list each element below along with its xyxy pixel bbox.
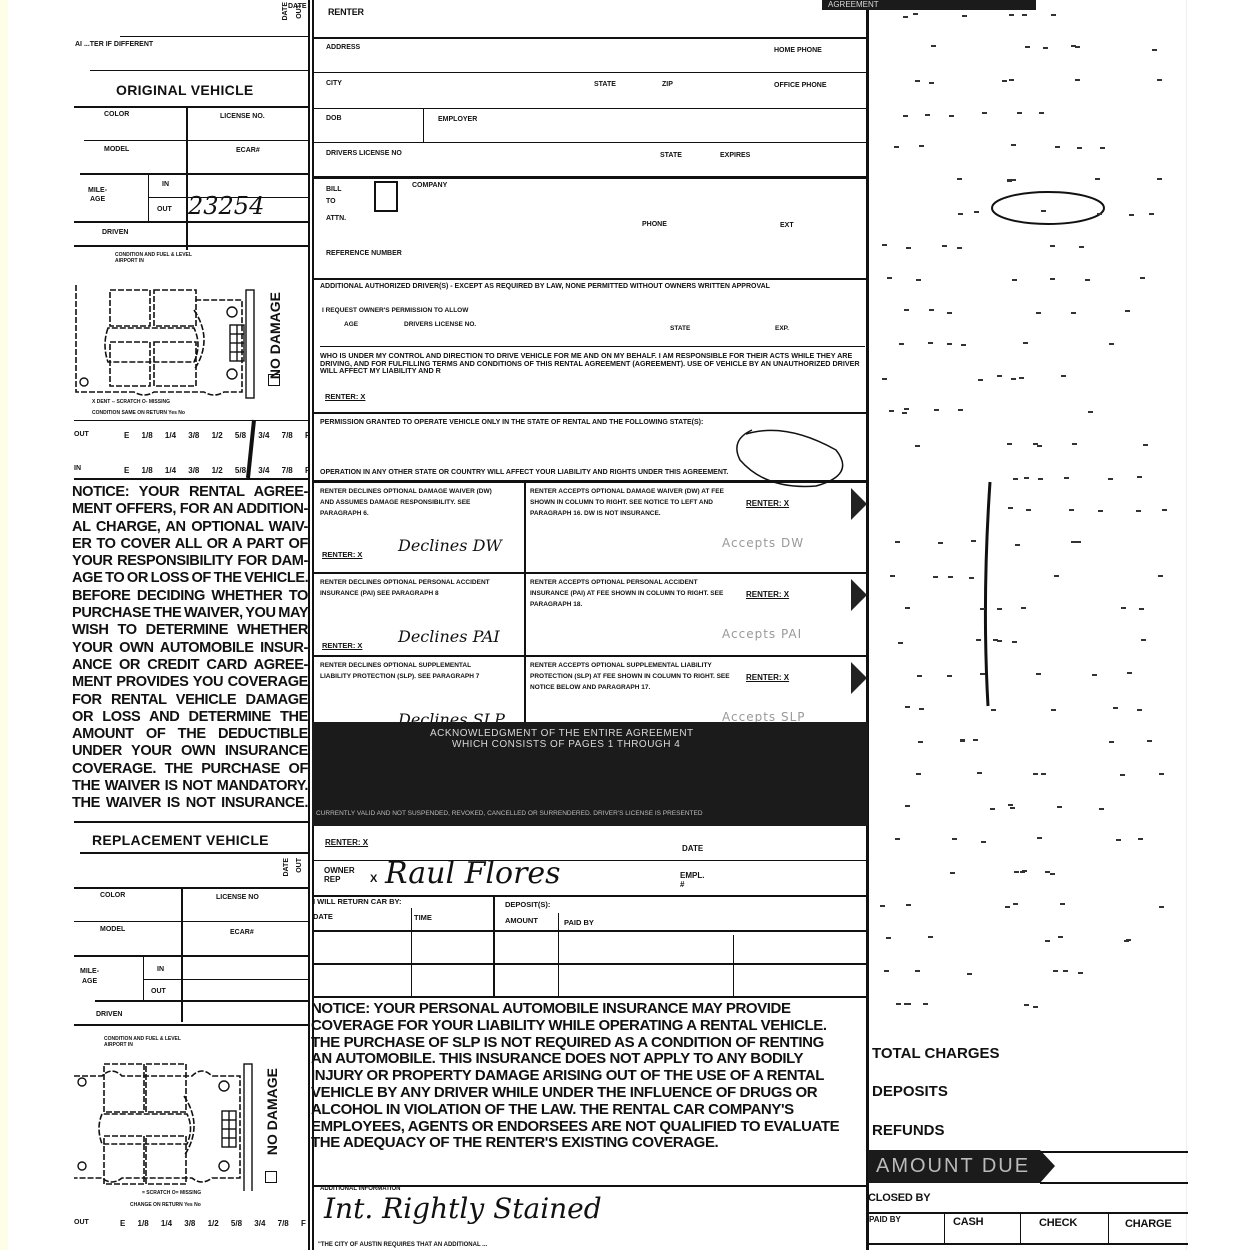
- rule: [320, 346, 865, 347]
- age-label: AGE: [344, 321, 358, 328]
- decline-signature[interactable]: Declines PAI: [398, 627, 500, 646]
- vehicle-damage-diagram[interactable]: [74, 270, 274, 405]
- scan-dot: [977, 772, 982, 774]
- scan-dot: [890, 575, 895, 577]
- acknowledgment-line1: ACKNOWLEDGMENT OF THE ENTIRE AGREEMENT: [430, 728, 694, 739]
- scan-dot: [928, 936, 933, 938]
- driven-label: DRIVEN: [96, 1011, 122, 1018]
- scan-dot: [1069, 509, 1074, 511]
- notice-line: MENT OFFERS, FOR AN ADDITION-: [72, 501, 308, 518]
- model-label: MODEL: [104, 146, 129, 153]
- notice-line: ER TO COVER ALL OR A PART OF: [72, 536, 308, 553]
- permission-warning: OPERATION IN ANY OTHER STATE OR COUNTRY …: [320, 469, 728, 476]
- scan-dot: [1137, 476, 1142, 478]
- out-label: OUT: [296, 4, 303, 19]
- notice-line: COVERAGE FOR YOUR LIABILITY WHILE OPERAT…: [311, 1018, 863, 1035]
- return-time-label: TIME: [414, 913, 432, 922]
- scan-dot: [882, 378, 887, 380]
- rule: [84, 140, 310, 141]
- rule: [868, 1212, 1188, 1214]
- scan-dot: [886, 937, 891, 939]
- notice-line: YOUR RESPONSIBILITY FOR DAM-: [72, 553, 308, 570]
- scan-dot: [1039, 112, 1044, 114]
- scan-dot: [1076, 541, 1081, 543]
- scan-dot: [1051, 14, 1056, 16]
- scan-dot: [915, 445, 920, 447]
- expires-label: EXPIRES: [720, 152, 750, 159]
- model-label: MODEL: [100, 926, 125, 933]
- scan-dot: [1058, 936, 1063, 938]
- diagram-legend: X DENT -- SCRATCH O- MISSING: [92, 399, 170, 405]
- scan-dot: [1023, 342, 1028, 344]
- scan-dot: [969, 577, 974, 579]
- rule: [1186, 0, 1187, 1250]
- driver-responsibility-text: WHO IS UNDER MY CONTROL AND DIRECTION TO…: [320, 352, 865, 375]
- scan-dot: [982, 112, 987, 114]
- scan-dot: [1116, 839, 1121, 841]
- out-label: OUT: [296, 858, 303, 873]
- rule: [312, 108, 868, 109]
- no-damage-checkbox[interactable]: [268, 374, 280, 386]
- scan-dot: [942, 245, 947, 247]
- rule: [312, 930, 868, 932]
- accept-option-text: RENTER ACCEPTS OPTIONAL SUPPLEMENTAL LIA…: [530, 660, 730, 693]
- scan-dot: [997, 375, 1002, 377]
- scan-dot: [1075, 79, 1080, 81]
- rule: [312, 412, 868, 414]
- scan-dot: [898, 642, 903, 644]
- notice-line: VEHICLE BY ANY DRIVER WHILE UNDER THE IN…: [311, 1085, 863, 1102]
- if-different-label: AI ...TER IF DIFFERENT: [75, 41, 153, 48]
- payment-cash[interactable]: CASH: [953, 1216, 983, 1228]
- scan-dot: [919, 145, 924, 147]
- scan-dot: [1024, 1004, 1029, 1006]
- owner-x-label: X: [370, 873, 377, 885]
- condition-fuel-label: CONDITION AND FUEL & LEVEL AIRPORT IN: [104, 1036, 184, 1048]
- scan-dot: [1022, 14, 1027, 16]
- rule: [95, 1000, 310, 1002]
- notice-line: OR LOSS AND DETERMINE THE: [72, 709, 308, 726]
- left-column-divider: [308, 0, 310, 1250]
- scan-dot: [1037, 837, 1042, 839]
- rule: [74, 245, 310, 247]
- acknowledgment-footer: CURRENTLY VALID AND NOT SUSPENDED, REVOK…: [316, 810, 703, 817]
- scan-dot: [931, 45, 936, 47]
- mileage-label: MILE- AGE: [80, 967, 99, 987]
- scan-dot: [973, 739, 978, 741]
- scan-dot: [1158, 575, 1163, 577]
- diagram-legend: = SCRATCH O= MISSING: [142, 1190, 201, 1196]
- handwritten-oval: [988, 190, 1112, 230]
- scan-dot: [918, 741, 923, 743]
- notice-line: INJURY OR PROPERTY DAMAGE ARISING OUT OF…: [311, 1068, 863, 1085]
- ecar-label: ECAR#: [230, 929, 254, 936]
- will-return-label: I WILL RETURN CAR BY:: [313, 897, 401, 906]
- rule: [74, 955, 310, 957]
- scan-dot: [933, 576, 938, 578]
- scan-dot: [1078, 972, 1083, 974]
- notice-line: UNDER YOUR OWN INSURANCE: [72, 743, 308, 760]
- scan-dot: [1149, 213, 1154, 215]
- scan-dot: [1098, 510, 1103, 512]
- rule: [411, 908, 412, 996]
- scan-dot: [882, 244, 887, 246]
- scan-dot: [1045, 940, 1050, 942]
- center-right-divider: [866, 0, 869, 1250]
- scan-dot: [1041, 210, 1046, 212]
- scan-dot: [1113, 707, 1118, 709]
- accept-option-text: RENTER ACCEPTS OPTIONAL PERSONAL ACCIDEN…: [530, 577, 730, 610]
- scan-dot: [1024, 477, 1029, 479]
- employee-number-label: EMPL. #: [680, 871, 704, 889]
- rule: [1020, 1213, 1021, 1243]
- mileage-out-label: OUT: [151, 988, 166, 995]
- scan-dot: [904, 408, 909, 410]
- scan-dot: [1057, 806, 1062, 808]
- scan-dot: [1011, 179, 1016, 181]
- scan-dot: [1139, 608, 1144, 610]
- scan-dot: [1051, 709, 1056, 711]
- fuel-out-label: OUT: [74, 1219, 89, 1226]
- deposits-label: DEPOSIT(S):: [505, 900, 550, 909]
- scan-dot: [981, 841, 986, 843]
- color-label: COLOR: [100, 892, 125, 899]
- rule: [80, 173, 310, 175]
- scan-dot: [1140, 277, 1145, 279]
- scan-dot: [1036, 312, 1041, 314]
- scan-dot: [974, 211, 979, 213]
- scan-dot: [1071, 312, 1076, 314]
- scan-dot: [958, 409, 963, 411]
- scan-dot: [997, 608, 1002, 610]
- date-label-vertical: DATE: [288, 3, 296, 10]
- rule: [1108, 1213, 1109, 1243]
- scan-dot: [919, 708, 924, 710]
- scan-dot: [1085, 279, 1090, 281]
- paid-by-label: PAID BY: [564, 918, 594, 927]
- fuel-gauge-out[interactable]: E 1/8 1/4 3/8 1/2 5/8 3/4 7/8 F: [124, 431, 310, 440]
- notice-line: PURCHASE THE WAIVER, YOU MAY: [72, 605, 308, 622]
- rule: [143, 979, 310, 980]
- scan-dot: [949, 115, 954, 117]
- fuel-gauge-out[interactable]: E 1/8 1/4 3/8 1/2 5/8 3/4 7/8 F: [120, 1219, 306, 1228]
- scan-dot: [1022, 870, 1027, 872]
- scan-dot: [1147, 740, 1152, 742]
- scan-dot: [903, 115, 908, 117]
- total-charges-label: TOTAL CHARGES: [872, 1045, 1000, 1062]
- renter-label: RENTER: [328, 7, 364, 17]
- scan-dot: [1079, 246, 1084, 248]
- scan-dot: [1157, 79, 1162, 81]
- scan-dot: [1095, 178, 1100, 180]
- scan-dot: [1033, 773, 1038, 775]
- address-label: ADDRESS: [326, 44, 360, 51]
- rule: [312, 655, 868, 657]
- rule: [1040, 1182, 1188, 1184]
- request-permission-label: I REQUEST OWNER'S PERMISSION TO ALLOW: [322, 307, 468, 314]
- exp-label: EXP.: [775, 325, 789, 332]
- replacement-vehicle-title: REPLACEMENT VEHICLE: [92, 832, 269, 848]
- scan-dot: [1109, 343, 1114, 345]
- notice-line: FOR RENTAL VEHICLE DAMAGE: [72, 692, 308, 709]
- owner-signature[interactable]: Raul Flores: [385, 856, 561, 891]
- fuel-pen-mark: [240, 418, 262, 480]
- notice-line: COVERAGE. THE PURCHASE OF: [72, 761, 308, 778]
- date-label: DATE: [282, 2, 289, 21]
- scan-dot: [1012, 279, 1017, 281]
- scan-dot: [1136, 510, 1141, 512]
- scan-dot: [993, 639, 998, 641]
- scan-dot: [906, 904, 911, 906]
- amount-label: AMOUNT: [505, 916, 538, 925]
- scan-dot: [952, 838, 957, 840]
- acknowledgment-block: ACKNOWLEDGMENT OF THE ENTIRE AGREEMENT W…: [312, 722, 868, 826]
- scan-dot: [896, 1003, 901, 1005]
- scan-dot: [1099, 808, 1104, 810]
- scan-dot: [1026, 509, 1031, 511]
- scan-dot: [1011, 144, 1016, 146]
- rule: [312, 480, 868, 483]
- notice-line: EMPLOYEES, AGENTS OR ENDORSEES ARE NOT Q…: [311, 1119, 863, 1136]
- renter-signature-label: RENTER: X: [325, 392, 365, 401]
- scan-dot: [925, 114, 930, 116]
- payment-charge[interactable]: CHARGE: [1125, 1218, 1171, 1230]
- scan-dot: [1037, 445, 1042, 447]
- deposits-label: DEPOSITS: [872, 1083, 948, 1100]
- scan-dot: [913, 13, 918, 15]
- bill-to-checkbox[interactable]: [374, 181, 398, 212]
- rule: [74, 106, 310, 108]
- amount-due-arrow-icon: [1040, 1150, 1055, 1183]
- scan-dot: [1108, 478, 1113, 480]
- scan-dot: [1152, 49, 1157, 51]
- no-damage-label: NO DAMAGE: [264, 1068, 280, 1155]
- scan-dot: [1072, 443, 1077, 445]
- permission-text: PERMISSION GRANTED TO OPERATE VEHICLE ON…: [320, 419, 703, 426]
- scan-dot: [904, 309, 909, 311]
- mileage-out-value[interactable]: 23254: [188, 192, 264, 220]
- scan-dot: [1064, 477, 1069, 479]
- accept-signature[interactable]: Accepts PAI: [722, 627, 802, 641]
- scan-dot: [1053, 970, 1058, 972]
- no-damage-checkbox[interactable]: [265, 1171, 277, 1183]
- notice-line: THE ADEQUACY OF THE RENTER'S EXISTING CO…: [311, 1135, 863, 1152]
- scan-dot: [960, 740, 965, 742]
- scan-dot: [1041, 773, 1046, 775]
- decline-option-text: RENTER DECLINES OPTIONAL SUPPLEMENTAL LI…: [320, 660, 500, 682]
- scan-dot: [1092, 674, 1097, 676]
- arrow-right-icon: [851, 488, 867, 520]
- scan-dot: [980, 608, 985, 610]
- scan-dot: [957, 247, 962, 249]
- scan-dot: [1120, 774, 1125, 776]
- scan-dot: [990, 808, 995, 810]
- notice-line: AGE TO OR LOSS OF THE VEHICLE.: [72, 570, 308, 587]
- scan-dot: [916, 773, 921, 775]
- employer-label: EMPLOYER: [438, 116, 477, 123]
- scan-dot: [894, 146, 899, 148]
- notice-line: NOTICE: YOUR PERSONAL AUTOMOBILE INSURAN…: [311, 1001, 863, 1018]
- scan-dot: [902, 412, 907, 414]
- scan-dot: [1061, 375, 1066, 377]
- state-label: STATE: [594, 81, 616, 88]
- scan-dot: [1019, 377, 1024, 379]
- scan-dot: [958, 213, 963, 215]
- scan-dot: [947, 312, 952, 314]
- scan-dot: [929, 309, 934, 311]
- scan-dot: [1162, 509, 1167, 511]
- scan-dot: [947, 675, 952, 677]
- notice-line: NOTICE: YOUR RENTAL AGREE-: [72, 484, 308, 501]
- rule: [74, 221, 310, 223]
- driven-label: DRIVEN: [102, 229, 128, 236]
- office-phone-label: OFFICE PHONE: [774, 82, 827, 89]
- payment-check[interactable]: CHECK: [1039, 1217, 1077, 1229]
- rule: [312, 996, 868, 998]
- scan-dot: [991, 709, 996, 711]
- notice-line: YOUR OWN AUTOMOBILE INSUR-: [72, 640, 308, 657]
- arrow-right-icon: [851, 662, 867, 694]
- scan-dot: [1126, 939, 1131, 941]
- scan-dot: [1013, 478, 1018, 480]
- rule: [74, 420, 310, 421]
- scan-dot: [1127, 672, 1132, 674]
- scan-dot: [1038, 478, 1043, 480]
- additional-info-handwritten[interactable]: Int. Rightly Stained: [324, 1192, 602, 1225]
- license-label: LICENSE NO.: [220, 113, 265, 120]
- fuel-out-label: OUT: [74, 431, 89, 438]
- date-label: DATE: [283, 858, 290, 877]
- scan-dot: [1088, 411, 1093, 413]
- scan-dot: [1010, 807, 1015, 809]
- scan-dot: [978, 379, 983, 381]
- rule: [312, 72, 868, 73]
- rule: [944, 1213, 945, 1243]
- driver-license-label: DRIVERS LICENSE NO.: [404, 321, 476, 328]
- scan-dot: [887, 277, 892, 279]
- scan-dot: [905, 607, 910, 609]
- scan-dot: [1159, 773, 1164, 775]
- accept-signature[interactable]: Accepts DW: [722, 536, 804, 550]
- scan-dot: [905, 805, 910, 807]
- damage-waiver-notice: NOTICE: YOUR RENTAL AGREE-MENT OFFERS, F…: [72, 484, 308, 813]
- notice-line: THE PURCHASE OF SLP IS NOT REQUIRED AS A…: [311, 1035, 863, 1052]
- arrow-right-icon: [851, 579, 867, 611]
- scan-dot: [895, 541, 900, 543]
- rule: [1040, 1151, 1188, 1153]
- scan-dot: [1137, 709, 1142, 711]
- rule: [868, 1243, 1188, 1245]
- decline-signature[interactable]: Declines DW: [398, 536, 502, 555]
- rule: [733, 935, 734, 996]
- scan-dot: [903, 16, 908, 18]
- scan-dot: [1036, 673, 1041, 675]
- scan-dot: [1009, 14, 1014, 16]
- rule: [74, 1024, 310, 1026]
- original-vehicle-title: ORIGINAL VEHICLE: [116, 82, 254, 98]
- scan-dot: [1159, 906, 1164, 908]
- notice-line: ALCOHOL IN VIOLATION OF THE LAW. THE REN…: [311, 1102, 863, 1119]
- scan-dot: [906, 247, 911, 249]
- scan-dot: [1157, 178, 1162, 180]
- scan-dot: [1121, 607, 1126, 609]
- refunds-label: REFUNDS: [872, 1122, 945, 1139]
- amount-due-banner: AMOUNT DUE: [868, 1150, 1040, 1183]
- slp-notice: NOTICE: YOUR PERSONAL AUTOMOBILE INSURAN…: [311, 1001, 863, 1152]
- scan-dot: [928, 342, 933, 344]
- decline-renter-label: RENTER: X: [322, 641, 362, 650]
- scan-dot: [895, 838, 900, 840]
- accept-renter-label: RENTER: X: [746, 590, 789, 599]
- replacement-damage-diagram[interactable]: [72, 1056, 272, 1191]
- decline-option-text: RENTER DECLINES OPTIONAL DAMAGE WAIVER (…: [320, 486, 500, 519]
- condition-fuel-label: CONDITION AND FUEL & LEVEL AIRPORT IN: [115, 252, 195, 264]
- mileage-out-label: OUT: [157, 206, 172, 213]
- scan-dot: [915, 970, 920, 972]
- scan-dot: [1033, 1006, 1038, 1008]
- handwritten-line: [980, 480, 996, 710]
- scan-dot: [1143, 444, 1148, 446]
- company-label: COMPANY: [412, 182, 447, 189]
- scan-dot: [1077, 147, 1082, 149]
- rule: [74, 478, 310, 480]
- scan-dot: [1055, 146, 1060, 148]
- scan-dot: [1002, 80, 1007, 82]
- scan-dot: [938, 542, 943, 544]
- rule: [148, 174, 149, 222]
- scan-dot: [1060, 903, 1065, 905]
- accept-renter-label: RENTER: X: [746, 673, 789, 682]
- owner-rep-label: OWNER REP: [324, 866, 355, 884]
- return-date-label: DATE: [313, 912, 333, 921]
- scan-dot: [1008, 804, 1013, 806]
- scan-dot: [1025, 46, 1030, 48]
- scan-dot: [980, 673, 985, 675]
- scan-dot: [961, 344, 966, 346]
- state-label: STATE: [670, 325, 690, 332]
- fuel-in-label: IN: [74, 465, 81, 472]
- color-label: COLOR: [104, 111, 129, 118]
- accept-renter-label: RENTER: X: [746, 499, 789, 508]
- scan-dot: [884, 970, 889, 972]
- additional-info-footer: "THE CITY OF AUSTIN REQUIRES THAT AN ADD…: [318, 1242, 487, 1248]
- scan-dot: [1100, 147, 1105, 149]
- decline-renter-label: RENTER: X: [322, 550, 362, 559]
- scan-dot: [1050, 873, 1055, 875]
- rule: [524, 482, 526, 722]
- drivers-license-label: DRIVERS LICENSE NO: [326, 150, 402, 157]
- acknowledgment-line2: WHICH CONSISTS OF PAGES 1 THROUGH 4: [452, 739, 680, 750]
- scan-dot: [997, 640, 1002, 642]
- license-label: LICENSE NO: [216, 894, 259, 901]
- rule: [558, 913, 559, 996]
- scan-dot: [880, 905, 885, 907]
- scan-dot: [1009, 79, 1014, 81]
- scan-dot: [1097, 213, 1102, 215]
- accept-option-text: RENTER ACCEPTS OPTIONAL DAMAGE WAIVER (D…: [530, 486, 730, 519]
- mileage-in-label: IN: [162, 181, 169, 188]
- rule: [312, 278, 868, 280]
- scan-dot: [1129, 214, 1134, 216]
- zip-label: ZIP: [662, 81, 673, 88]
- scan-dot: [905, 706, 910, 708]
- scan-dot: [976, 639, 981, 641]
- mileage-label: MILE- AGE: [88, 186, 107, 204]
- date-label: DATE: [682, 844, 703, 853]
- paid-by-label: PAID BY: [869, 1215, 901, 1224]
- fuel-gauge-in[interactable]: E 1/8 1/4 3/8 1/2 5/8 3/4 7/8 F: [124, 466, 310, 475]
- scan-dot: [948, 576, 953, 578]
